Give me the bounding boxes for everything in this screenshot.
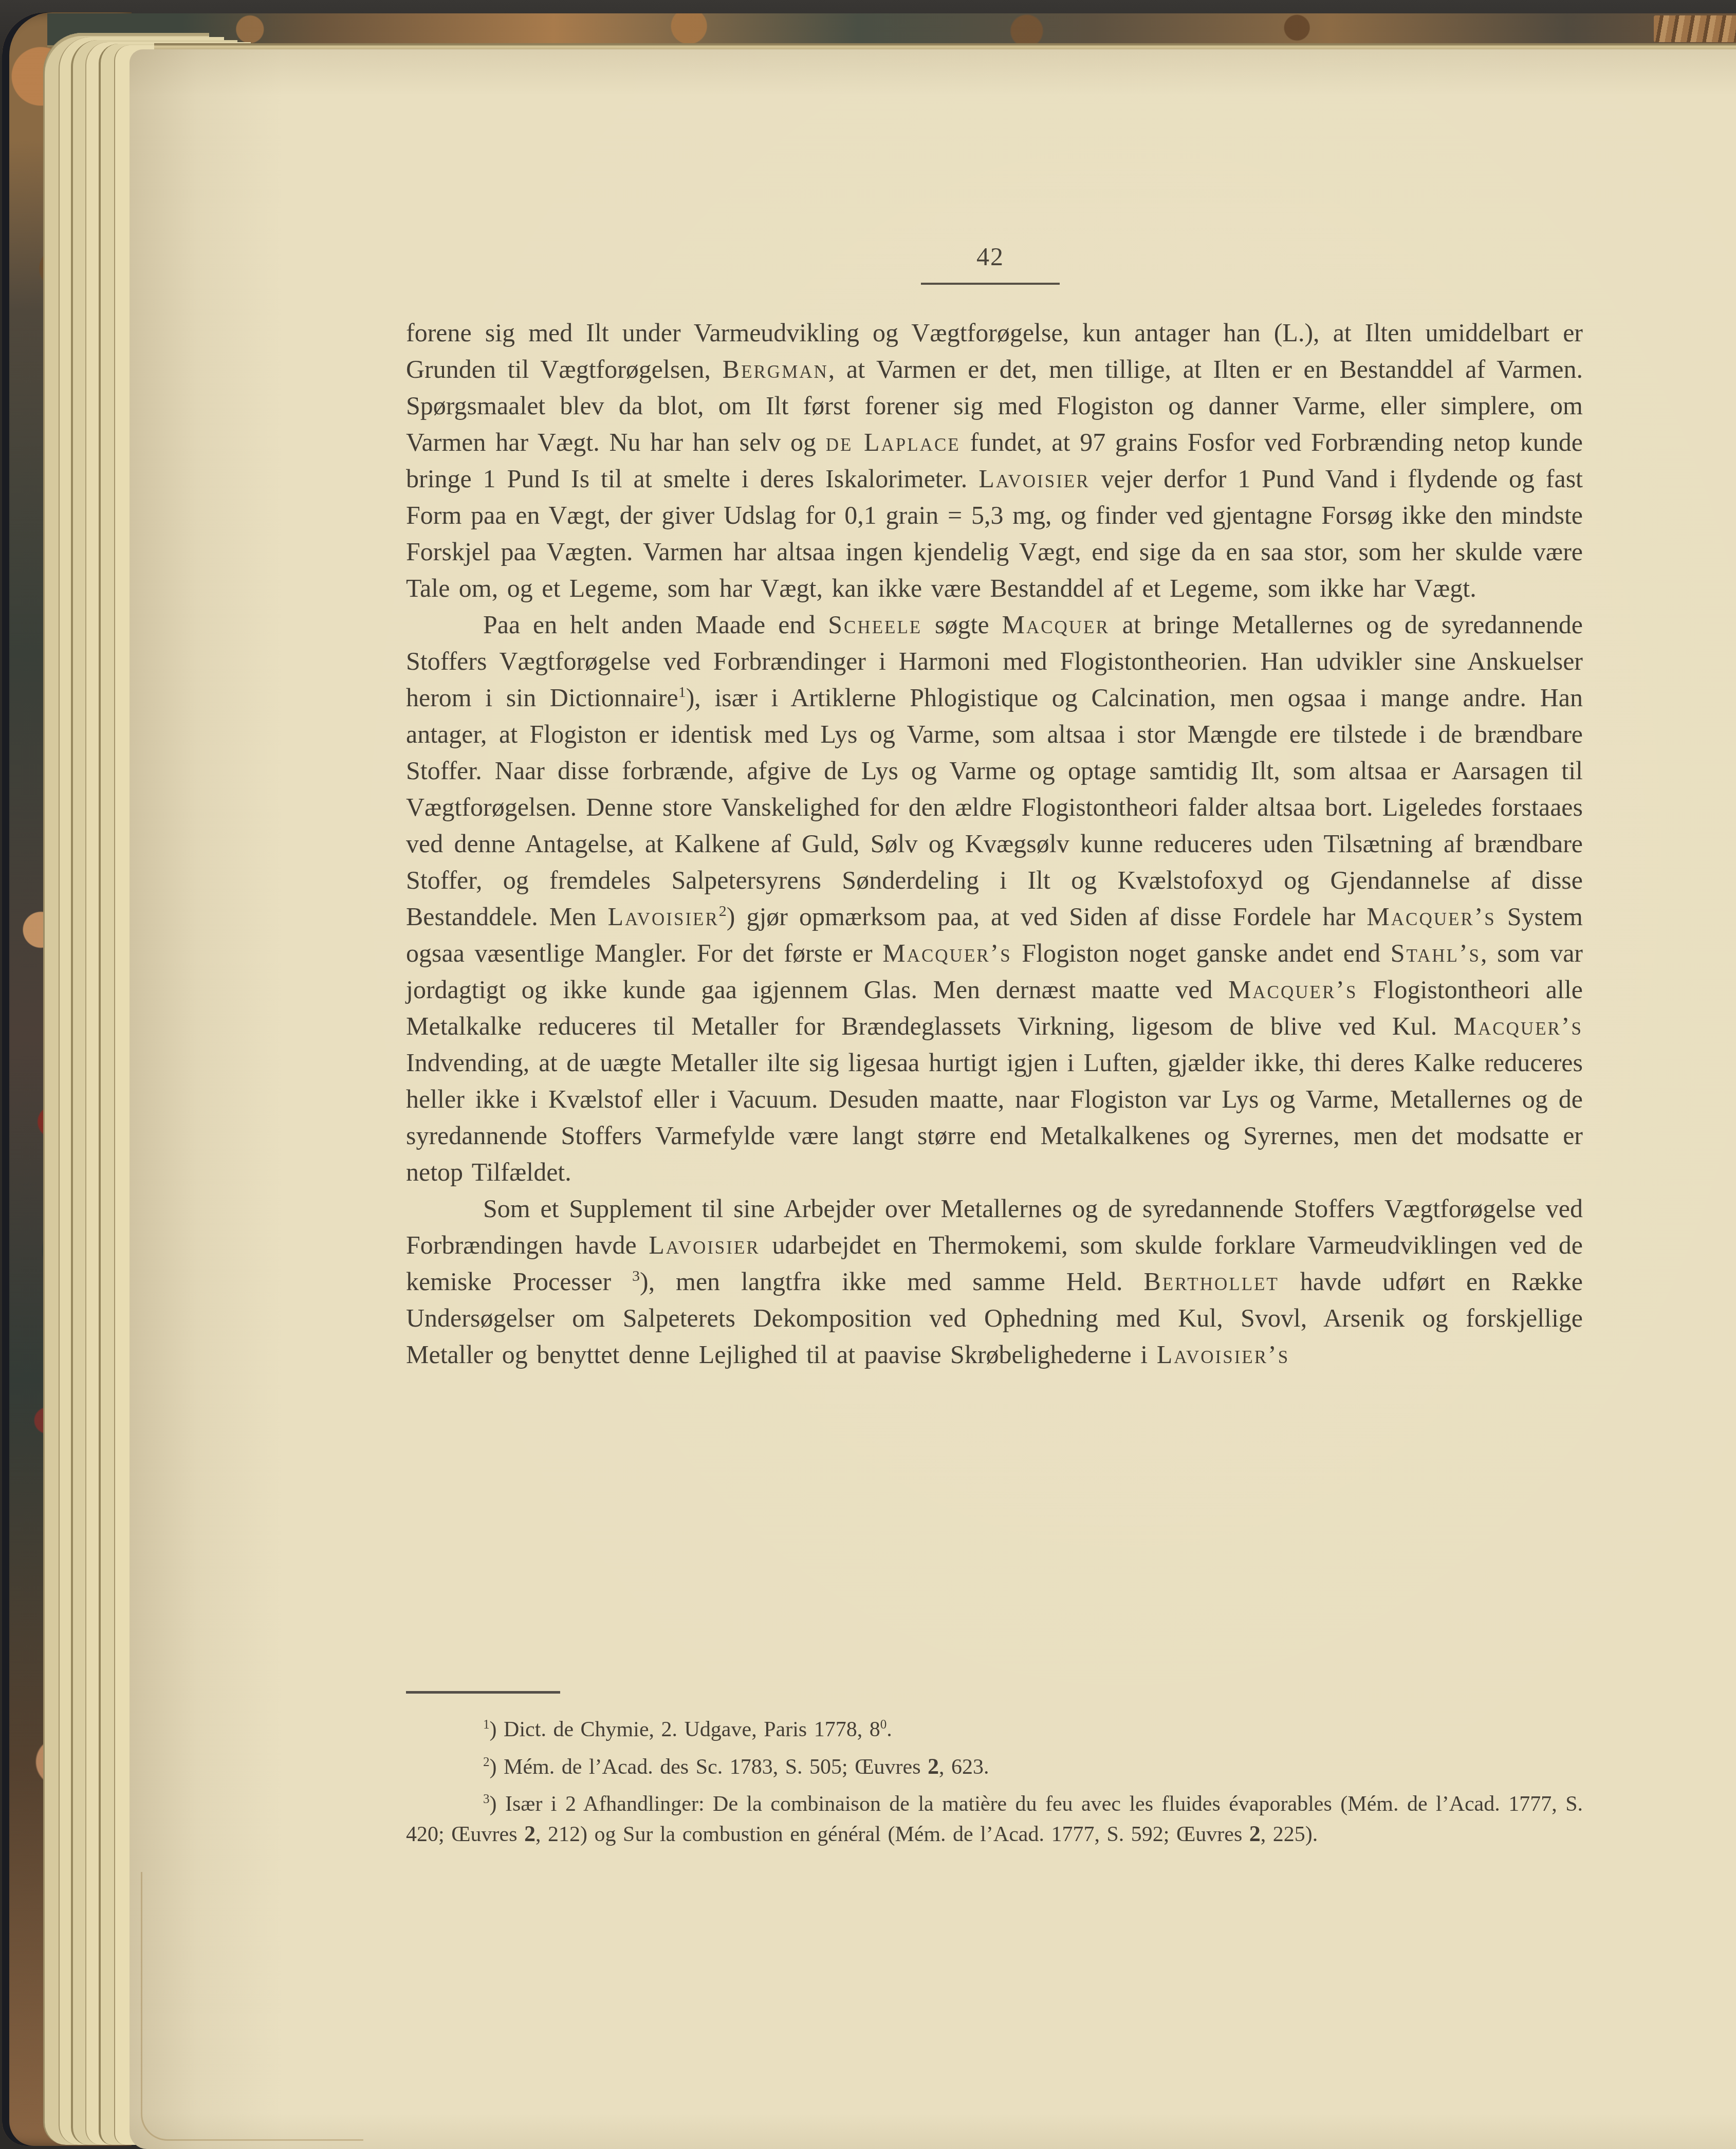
person-name-smallcaps: Lavoisier [607,902,718,931]
person-name-smallcaps: Macquer [1002,610,1109,639]
person-name-smallcaps: Macquer’s [1366,902,1495,931]
person-name-smallcaps: Macquer’s [1454,1012,1583,1040]
volume-number-bold: 2 [1249,1821,1261,1846]
body-paragraph: Paa en helt anden Maade end Scheele søgt… [406,607,1583,1190]
volume-number-bold: 2 [524,1821,535,1846]
footnote-marker: 2 [483,1755,490,1769]
book-page: 42 forene sig med Ilt under Varmeudvikli… [130,49,1736,2149]
book-headband [1654,15,1736,42]
body-text: forene sig med Ilt under Varmeudvikling … [406,315,1583,1373]
footnote-reference: 0 [880,1718,887,1732]
person-name-smallcaps: Lavoisier’s [1157,1340,1289,1369]
person-name-smallcaps: Lavoisier [978,464,1089,493]
footnote-marker: 1 [483,1718,490,1732]
person-name-smallcaps: Berthollet [1143,1267,1279,1296]
person-name-smallcaps: Scheele [828,610,922,639]
footnote-separator-rule [406,1691,560,1694]
footnote-reference: 1 [678,684,686,701]
footnotes: 1) Dict. de Chymie, 2. Udgave, Paris 177… [406,1715,1583,1857]
footnote: 1) Dict. de Chymie, 2. Udgave, Paris 177… [406,1715,1583,1744]
volume-number-bold: 2 [928,1754,939,1779]
footnote-marker: 3 [483,1792,490,1806]
footnote-reference: 2 [719,903,727,920]
book-scan: 42 forene sig med Ilt under Varmeudvikli… [0,0,1736,2149]
person-name-smallcaps: de Laplace [826,428,961,456]
book-top-edge [47,13,1736,47]
person-name-smallcaps: Bergman [723,355,828,383]
footnote: 2) Mém. de l’Acad. des Sc. 1783, S. 505;… [406,1752,1583,1782]
footnote-reference: 3 [632,1268,640,1284]
page-number: 42 [921,242,1060,285]
person-name-smallcaps: Macquer’s [882,939,1011,967]
footnote: 3) Især i 2 Afhandlinger: De la combinai… [406,1789,1583,1849]
body-paragraph: Som et Supplement til sine Arbejder over… [406,1190,1583,1373]
person-name-smallcaps: Macquer’s [1228,975,1357,1004]
body-paragraph: forene sig med Ilt under Varmeudvikling … [406,315,1583,607]
person-name-smallcaps: Lavoisier [649,1230,760,1259]
person-name-smallcaps: Stahl’s [1391,939,1481,967]
